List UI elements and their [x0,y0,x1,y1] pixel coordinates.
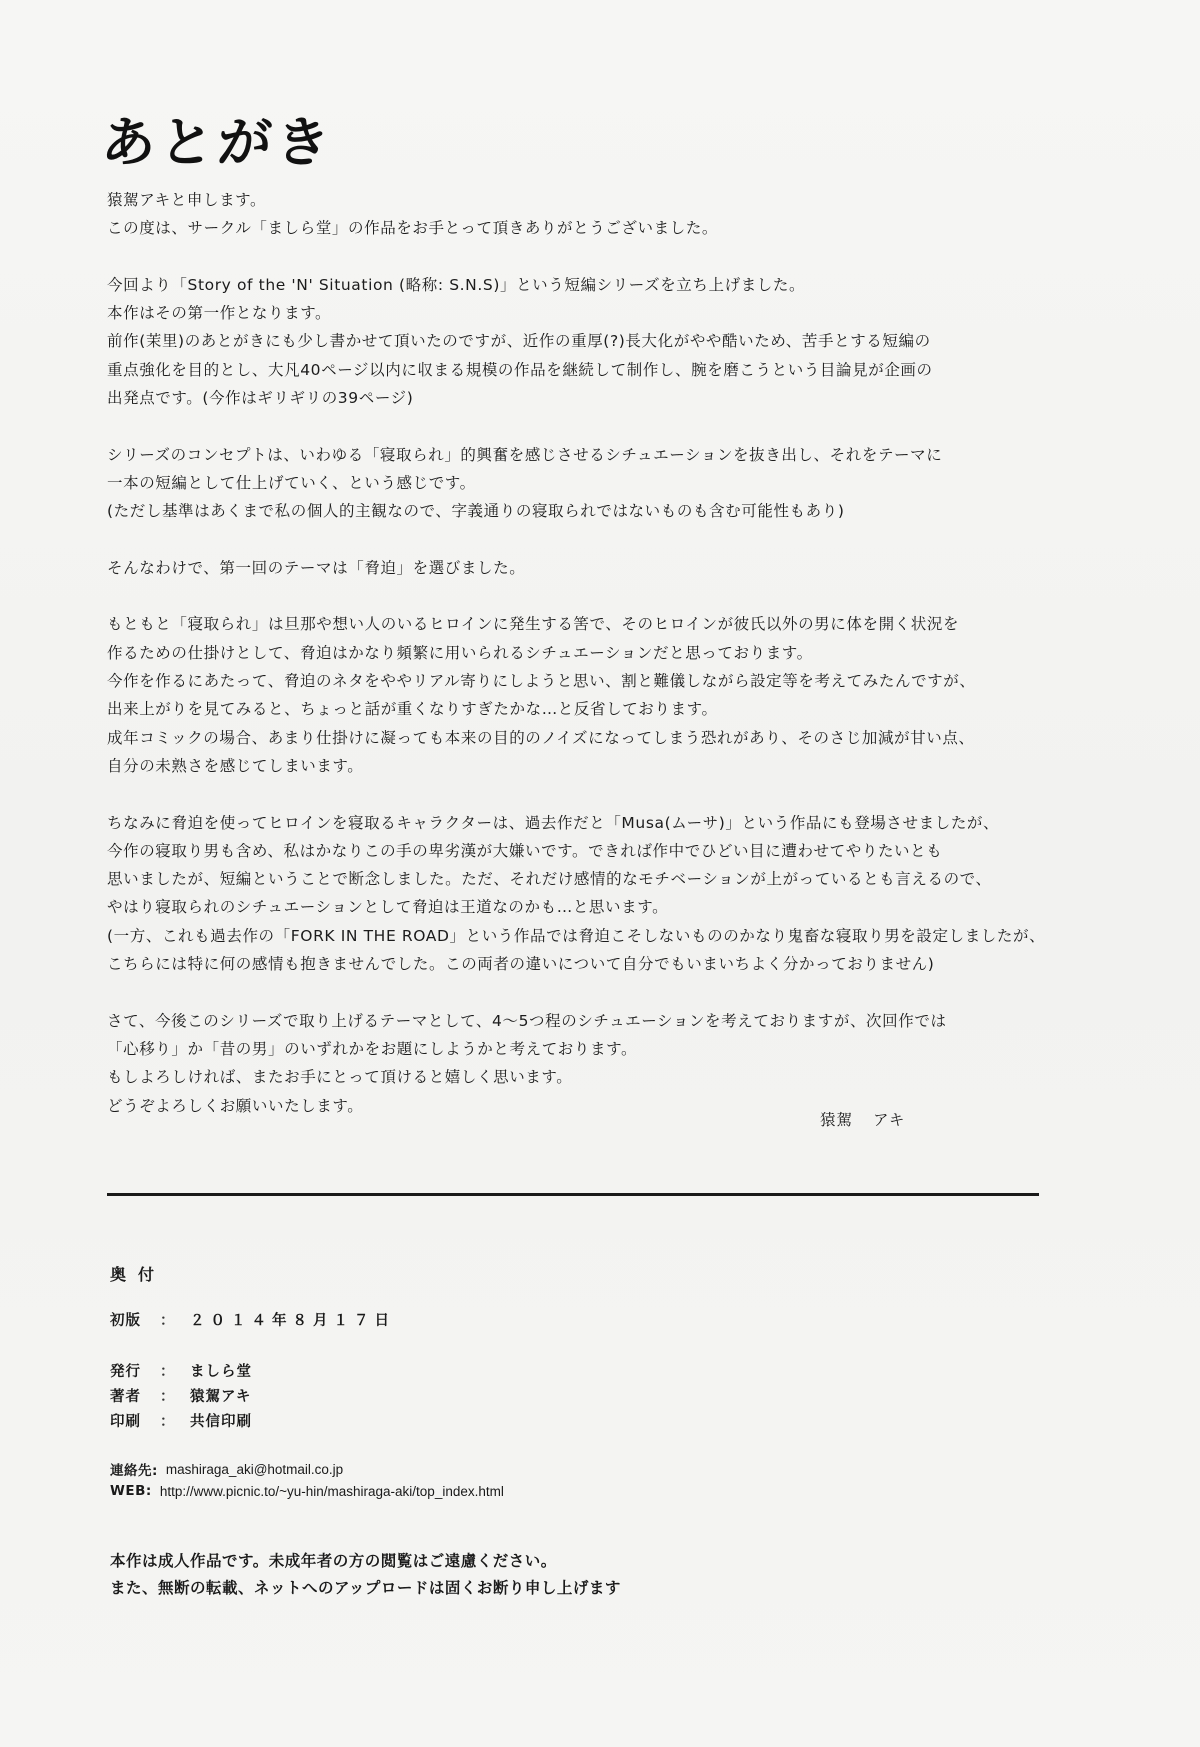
web-url[interactable]: http://www.picnic.to/~yu-hin/mashiraga-a… [160,1484,504,1499]
publisher-value: ましら堂 [190,1360,252,1381]
paragraph-gap [107,582,1067,610]
notice-line: 本作は成人作品です。未成年者の方の閲覧はご遠慮ください。 [110,1548,621,1575]
separator: ： [160,1360,190,1381]
notice-line: また、無断の転載、ネットへのアップロードは固くお断り申し上げます [110,1575,621,1602]
body-line: もしよろしければ、またお手にとって頂けると嬉しく思います。 [107,1063,1067,1091]
body-line: そんなわけで、第一回のテーマは「脅迫」を選びました。 [107,554,1067,582]
body-line: 今作を作るにあたって、脅迫のネタをややリアル寄りにしようと思い、割と難儀しながら… [107,667,1067,695]
contact-label: 連絡先: [110,1459,158,1479]
colophon-contact: 連絡先: mashiraga_aki@hotmail.co.jp [110,1459,343,1479]
separator: ： [160,1410,190,1431]
paragraph-gap [107,412,1067,440]
body-line: 今回より「Story of the 'N' Situation (略称: S.N… [107,271,1067,299]
paragraph-gap [107,780,1067,808]
body-line: シリーズのコンセプトは、いわゆる「寝取られ」的興奮を感じさせるシチュエーションを… [107,441,1067,469]
paragraph-gap [107,526,1067,554]
contact-email[interactable]: mashiraga_aki@hotmail.co.jp [166,1462,343,1477]
adult-content-notice: 本作は成人作品です。未成年者の方の閲覧はご遠慮ください。 また、無断の転載、ネッ… [110,1548,621,1602]
body-line: ちなみに脅迫を使ってヒロインを寝取るキャラクターは、過去作だと「Musa(ムーサ… [107,809,1067,837]
body-line: 一本の短編として仕上げていく、という感じです。 [107,469,1067,497]
body-line: 作るための仕掛けとして、脅迫はかなり頻繁に用いられるシチュエーションだと思ってお… [107,639,1067,667]
body-line: やはり寝取られのシチュエーションとして脅迫は王道なのかも…と思います。 [107,893,1067,921]
body-line: 自分の未熟さを感じてしまいます。 [107,752,1067,780]
colophon-title: 奥付 [110,1262,166,1285]
paragraph-gap [107,243,1067,271]
printer-value: 共信印刷 [190,1410,252,1431]
author-value: 猿駕アキ [190,1385,251,1406]
web-label: WEB: [110,1483,152,1499]
separator: ： [160,1309,190,1330]
afterword-body: 猿駕アキと申します。 この度は、サークル「ましら堂」の作品をお手とって頂きありが… [107,186,1067,1120]
body-line: 猿駕アキと申します。 [107,186,1067,214]
section-divider [107,1193,1039,1196]
body-line: (一方、これも過去作の「FORK IN THE ROAD」という作品では脅迫こそ… [107,922,1067,950]
body-line: 今作の寝取り男も含め、私はかなりこの手の卑劣漢が大嫌いです。できれば作中でひどい… [107,837,1067,865]
body-line: 出来上がりを見てみると、ちょっと話が重くなりすぎたかな…と反省しております。 [107,695,1067,723]
first-edition-label: 初版 [110,1309,160,1330]
author-signature: 猿駕アキ [820,1108,905,1130]
body-line: どうぞよろしくお願いいたします。 [107,1092,1067,1120]
colophon-publisher: 発行 ： ましら堂 [110,1360,252,1381]
afterword-page: あとがき 猿駕アキと申します。 この度は、サークル「ましら堂」の作品をお手とって… [0,0,1200,1747]
first-edition-date: ２０１４年８月１７日 [190,1309,395,1330]
colophon-first-edition: 初版 ： ２０１４年８月１７日 [110,1309,395,1330]
body-line: 成年コミックの場合、あまり仕掛けに凝っても本来の目的のノイズになってしまう恐れが… [107,724,1067,752]
body-line: 出発点です。(今作はギリギリの39ページ) [107,384,1067,412]
body-line: 本作はその第一作となります。 [107,299,1067,327]
signature-given-name: アキ [873,1111,905,1129]
afterword-title: あとがき [99,100,336,177]
body-line: こちらには特に何の感情も抱きませんでした。この両者の違いについて自分でもいまいち… [107,950,1067,978]
colophon-web: WEB: http://www.picnic.to/~yu-hin/mashir… [110,1483,504,1499]
separator: ： [160,1385,190,1406]
body-line: 思いましたが、短編ということで断念しました。ただ、それだけ感情的なモチベーション… [107,865,1067,893]
colophon-printer: 印刷 ： 共信印刷 [110,1410,252,1431]
body-line: さて、今後このシリーズで取り上げるテーマとして、4～5つ程のシチュエーションを考… [107,1007,1067,1035]
body-line: 重点強化を目的とし、大凡40ページ以内に収まる規模の作品を継続して制作し、腕を磨… [107,356,1067,384]
body-line: この度は、サークル「ましら堂」の作品をお手とって頂きありがとうございました。 [107,214,1067,242]
body-line: もともと「寝取られ」は旦那や想い人のいるヒロインに発生する筈で、そのヒロインが彼… [107,610,1067,638]
body-line: 前作(茉里)のあとがきにも少し書かせて頂いたのですが、近作の重厚(?)長大化がや… [107,327,1067,355]
paragraph-gap [107,978,1067,1006]
body-line: 「心移り」か「昔の男」のいずれかをお題にしようかと考えております。 [107,1035,1067,1063]
publisher-label: 発行 [110,1360,160,1381]
body-line: (ただし基準はあくまで私の個人的主観なので、字義通りの寝取られではないものも含む… [107,497,1067,525]
signature-surname: 猿駕 [820,1111,853,1129]
colophon-author: 著者 ： 猿駕アキ [110,1385,251,1406]
printer-label: 印刷 [110,1410,160,1431]
author-label: 著者 [110,1385,160,1406]
